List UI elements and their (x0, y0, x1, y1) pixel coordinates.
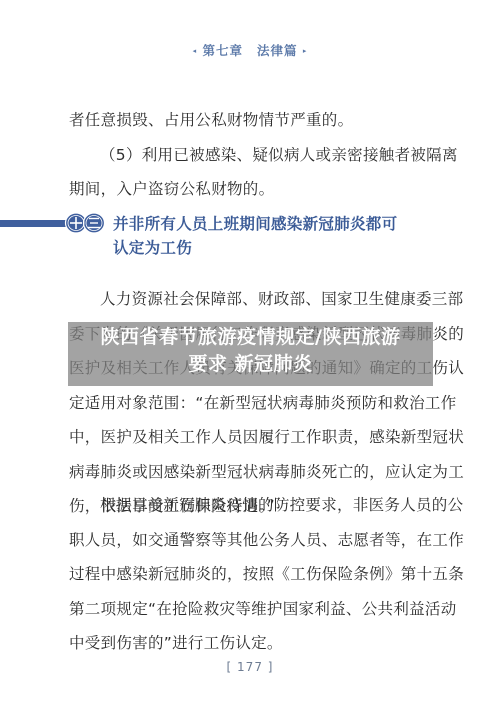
text-line: 期间，入户盗窃公私财物的。 (69, 172, 441, 207)
text-line: 职人员，如交通警察等其他公务人员、志愿者等，在工作 (69, 523, 441, 558)
chapter-label: 第七章 (202, 43, 243, 58)
paragraph-top: 者任意损毁、占用公私财物情节严重的。 （5）利用已被感染、疑似病人或亲密接触者被… (69, 103, 441, 207)
section-title-line: 并非所有人员上班期间感染新冠肺炎都可 (113, 212, 397, 236)
text-line: 根据目前新冠肺炎疫情的防控要求，非医务人员的公 (69, 488, 441, 523)
paragraph-non-medical: 根据目前新冠肺炎疫情的防控要求，非医务人员的公 职人员，如交通警察等其他公务人员… (69, 488, 441, 661)
section-title-line: 认定为工伤 (113, 236, 397, 260)
heading-accent-bar (0, 220, 72, 227)
overlay-title: 陕西省春节旅游疫情规定/陕西旅游 要求 新冠肺炎 (68, 324, 433, 378)
overlay-title-line: 要求 新冠肺炎 (68, 351, 433, 378)
text-line: 中受到伤害的”进行工伤认定。 (69, 626, 441, 661)
text-line: 过程中感染新冠肺炎的，按照《工伤保险条例》第十五条 (69, 557, 441, 592)
text-line: 第二项规定“在抢险救灾等维护国家利益、公共利益活动 (69, 592, 441, 627)
section-label: 法律篇 (257, 43, 298, 58)
right-triangle-icon: ▸ (303, 46, 308, 55)
overlay-title-line: 陕西省春节旅游疫情规定/陕西旅游 (68, 324, 433, 351)
section-title: 并非所有人员上班期间感染新冠肺炎都可 认定为工伤 (113, 212, 397, 260)
section-number-badge-icon (64, 212, 108, 234)
document-page: ◂ 第七章法律篇 ▸ 者任意损毁、占用公私财物情节严重的。 （5）利用已被感染、… (0, 0, 500, 710)
text-line: 中，医护及相关工作人员因履行工作职责，感染新型冠状 (69, 420, 441, 455)
page-number: [ 177 ] (0, 660, 500, 674)
running-header: ◂ 第七章法律篇 ▸ (0, 41, 500, 59)
left-triangle-icon: ◂ (193, 46, 198, 55)
text-line: 病毒肺炎或因感染新型冠状病毒肺炎死亡的，应认定为工 (69, 455, 441, 490)
text-line: （5）利用已被感染、疑似病人或亲密接触者被隔离 (69, 138, 441, 173)
text-line: 人力资源社会保障部、财政部、国家卫生健康委三部 (69, 282, 441, 317)
section-heading: 并非所有人员上班期间感染新冠肺炎都可 认定为工伤 (0, 212, 500, 272)
text-line: 定适用对象范围：“在新型冠状病毒肺炎预防和救治工作 (69, 386, 441, 421)
text-line: 者任意损毁、占用公私财物情节严重的。 (69, 103, 441, 138)
